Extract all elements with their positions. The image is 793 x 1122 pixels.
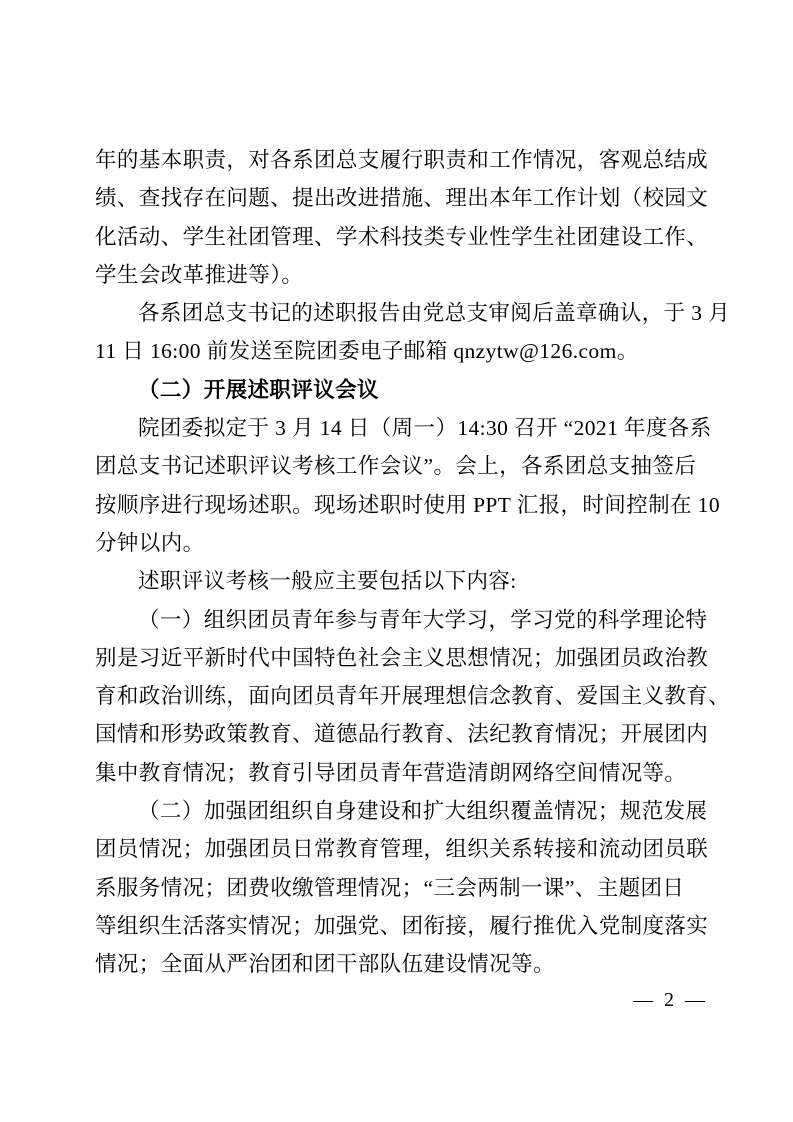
paragraph1-line: 绩、查找存在问题、提出改进措施、理出本年工作计划（校园文 [95,179,701,217]
paragraph4-line: 述职评议考核一般应主要包括以下内容: [95,562,701,600]
paragraph2-line: 各系团总支书记的述职报告由党总支审阅后盖章确认，于 3 月 [95,294,701,332]
list-item-1-line: 别是习近平新时代中国特色社会主义思想情况；加强团员政治教 [95,639,701,677]
paragraph1-line: 年的基本职责，对各系团总支履行职责和工作情况，客观总结成 [95,141,701,179]
list-item-1-line: 集中教育情况；教育引导团员青年营造清朗网络空间情况等。 [95,754,701,792]
section-heading-2: （二）开展述职评议会议 [95,371,701,409]
list-item-2-line: 团员情况；加强团员日常教育管理，组织关系转接和流动团员联 [95,830,701,868]
paragraph2-line: 11 日 16:00 前发送至院团委电子邮箱 qnzytw@126.com。 [95,332,701,370]
document-page: 年的基本职责，对各系团总支履行职责和工作情况，客观总结成 绩、查找存在问题、提出… [0,0,793,1122]
paragraph3-line: 按顺序进行现场述职。现场述职时使用 PPT 汇报，时间控制在 10 [95,486,701,524]
list-item-1-line: （一）组织团员青年参与青年大学习，学习党的科学理论特 [95,601,701,639]
paragraph3-line: 院团委拟定于 3 月 14 日（周一）14:30 召开 “2021 年度各系 [95,409,701,447]
list-item-1-line: 育和政治训练，面向团员青年开展理想信念教育、爱国主义教育、 [95,677,701,715]
paragraph1-line: 学生会改革推进等）。 [95,256,701,294]
paragraph1-line: 化活动、学生社团管理、学术科技类专业性学生社团建设工作、 [95,218,701,256]
paragraph3-line: 分钟以内。 [95,524,701,562]
list-item-2-line: 情况；全面从严治团和团干部队伍建设情况等。 [95,945,701,983]
paragraph3-line: 团总支书记述职评议考核工作会议”。会上，各系团总支抽签后 [95,447,701,485]
list-item-2-line: （二）加强团组织自身建设和扩大组织覆盖情况；规范发展 [95,792,701,830]
page-number: — 2 — [633,988,708,1012]
list-item-1-line: 国情和形势政策教育、道德品行教育、法纪教育情况；开展团内 [95,715,701,753]
list-item-2-line: 系服务情况；团费收缴管理情况；“三会两制一课”、主题团日 [95,869,701,907]
document-body: 年的基本职责，对各系团总支履行职责和工作情况，客观总结成 绩、查找存在问题、提出… [95,141,701,984]
list-item-2-line: 等组织生活落实情况；加强党、团衔接，履行推优入党制度落实 [95,907,701,945]
